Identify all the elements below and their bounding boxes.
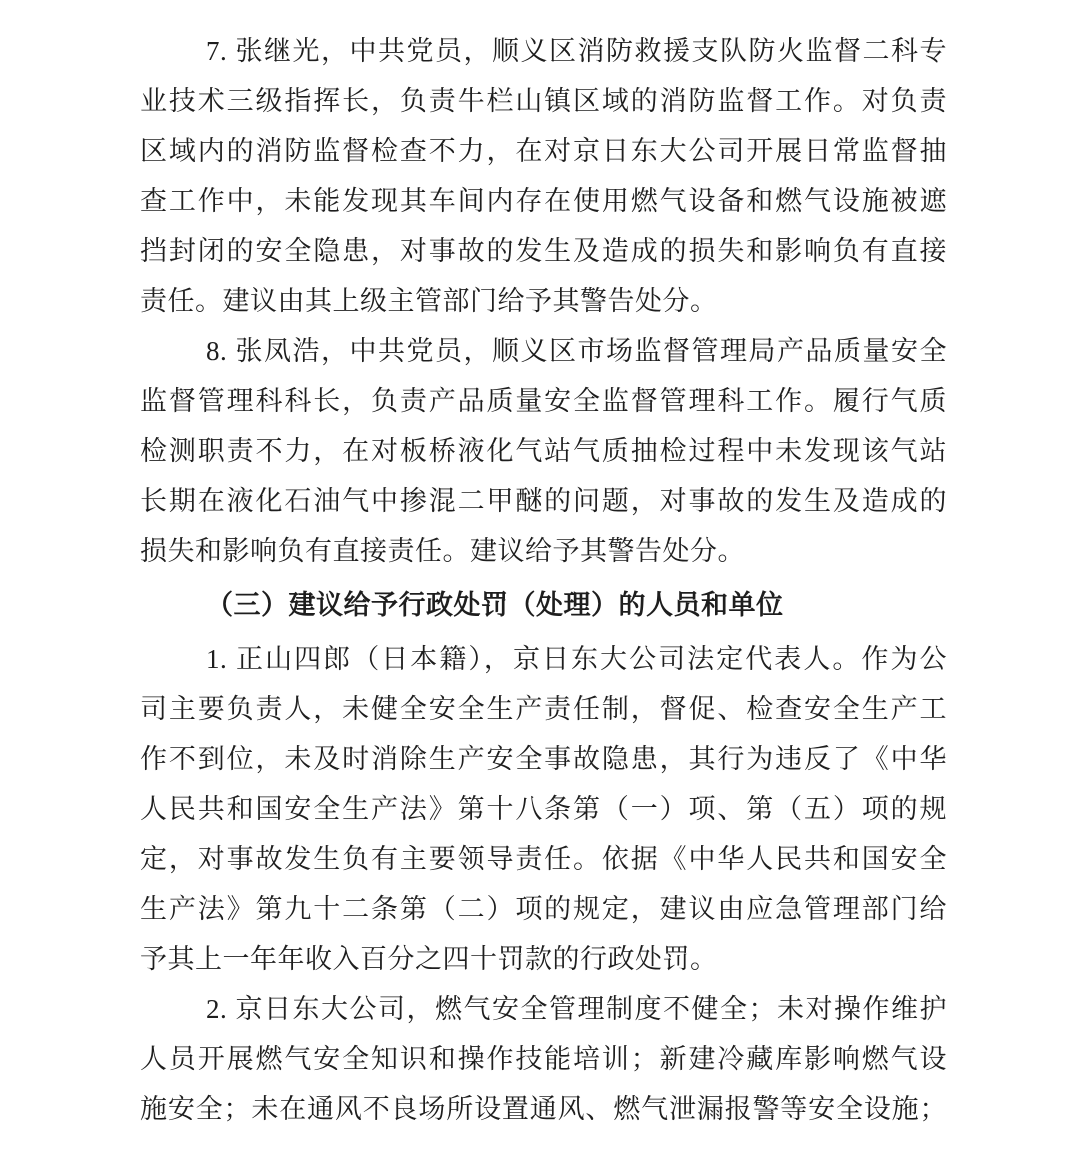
paragraph: 8. 张凤浩，中共党员，顺义区市场监督管理局产品质量安全监督管理科科长，负责产品… <box>140 326 947 576</box>
text-line: 挡封闭的安全隐患，对事故的发生及造成的损失和影响负有直接 <box>140 226 947 276</box>
text-line: 生产法》第九十二条第（二）项的规定，建议由应急管理部门给 <box>140 884 947 934</box>
text-line: 司主要负责人，未健全安全生产责任制，督促、检查安全生产工 <box>140 684 947 734</box>
text-line: 检测职责不力，在对板桥液化气站气质抽检过程中未发现该气站 <box>140 426 947 476</box>
text-line: 7. 张继光，中共党员，顺义区消防救援支队防火监督二科专 <box>140 26 947 76</box>
paragraph: 1. 正山四郎（日本籍），京日东大公司法定代表人。作为公司主要负责人，未健全安全… <box>140 634 947 984</box>
paragraph: 7. 张继光，中共党员，顺义区消防救援支队防火监督二科专业技术三级指挥长，负责牛… <box>140 26 947 326</box>
document-text-block: 7. 张继光，中共党员，顺义区消防救援支队防火监督二科专业技术三级指挥长，负责牛… <box>140 26 947 1134</box>
text-line: 人员开展燃气安全知识和操作技能培训；新建冷藏库影响燃气设 <box>140 1034 947 1084</box>
text-line: 人民共和国安全生产法》第十八条第（一）项、第（五）项的规 <box>140 784 947 834</box>
text-line: 作不到位，未及时消除生产安全事故隐患，其行为违反了《中华 <box>140 734 947 784</box>
text-line: 2. 京日东大公司，燃气安全管理制度不健全；未对操作维护 <box>140 984 947 1034</box>
text-line: 查工作中，未能发现其车间内存在使用燃气设备和燃气设施被遮 <box>140 176 947 226</box>
text-line: 业技术三级指挥长，负责牛栏山镇区域的消防监督工作。对负责 <box>140 76 947 126</box>
text-line: 予其上一年年收入百分之四十罚款的行政处罚。 <box>140 934 947 984</box>
heading-line: （三）建议给予行政处罚（处理）的人员和单位 <box>140 580 947 630</box>
text-line: 8. 张凤浩，中共党员，顺义区市场监督管理局产品质量安全 <box>140 326 947 376</box>
text-line: 1. 正山四郎（日本籍），京日东大公司法定代表人。作为公 <box>140 634 947 684</box>
text-line: 损失和影响负有直接责任。建议给予其警告处分。 <box>140 526 947 576</box>
document-page: 7. 张继光，中共党员，顺义区消防救援支队防火监督二科专业技术三级指挥长，负责牛… <box>0 0 1080 1162</box>
paragraph: 2. 京日东大公司，燃气安全管理制度不健全；未对操作维护人员开展燃气安全知识和操… <box>140 984 947 1134</box>
text-line: 长期在液化石油气中掺混二甲醚的问题，对事故的发生及造成的 <box>140 476 947 526</box>
text-line: 区域内的消防监督检查不力，在对京日东大公司开展日常监督抽 <box>140 126 947 176</box>
section-heading: （三）建议给予行政处罚（处理）的人员和单位 <box>140 580 947 630</box>
text-line: 定，对事故发生负有主要领导责任。依据《中华人民共和国安全 <box>140 834 947 884</box>
text-line: 施安全；未在通风不良场所设置通风、燃气泄漏报警等安全设施； <box>140 1084 947 1134</box>
text-line: 监督管理科科长，负责产品质量安全监督管理科工作。履行气质 <box>140 376 947 426</box>
text-line: 责任。建议由其上级主管部门给予其警告处分。 <box>140 276 947 326</box>
